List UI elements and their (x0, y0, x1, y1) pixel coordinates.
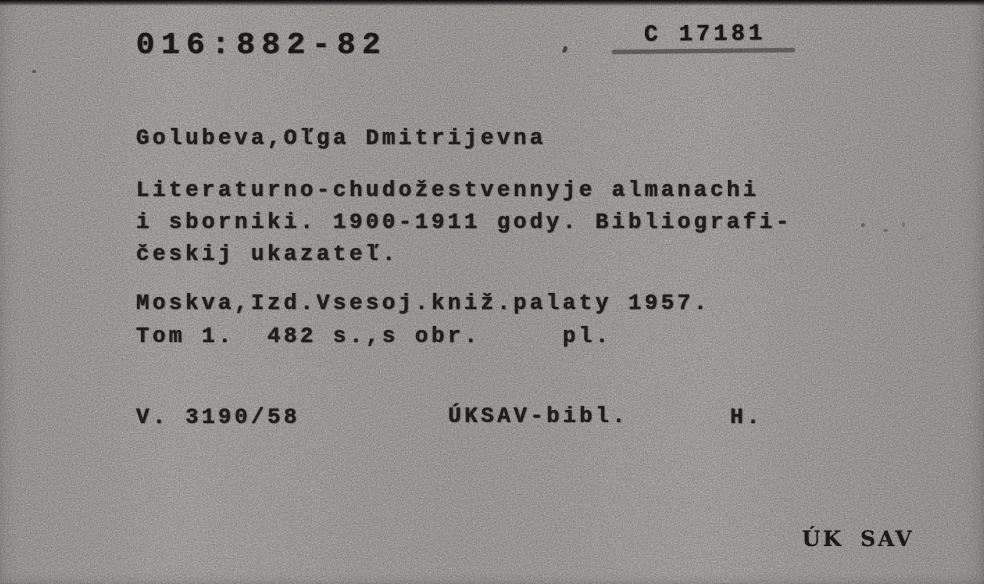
ink-speck (562, 46, 568, 54)
annotation-letter: H. (730, 405, 763, 430)
title-line: Literaturno-chudožestvennyje almanachi (136, 178, 759, 203)
author-line: Golubeva,Oľga Dmitrijevna (136, 126, 546, 151)
imprint-line: Moskva,Izd.Vsesoj.kniž.palaty 1957. (136, 291, 710, 316)
title-line: českij ukazateľ. (136, 242, 398, 267)
ink-speck (861, 223, 865, 227)
scan-top-edge (0, 0, 984, 6)
catalog-card: 016:882-82 C 17181 Golubeva,Oľga Dmitrij… (0, 0, 984, 584)
library-stamp: ÚK SAV (802, 526, 914, 551)
ink-speck (902, 222, 905, 227)
library-mark: ÚKSAV-bibl. (448, 404, 628, 429)
imprint-line: Tom 1. 482 s.,s obr. pl. (136, 324, 612, 349)
title-line: i sborniki. 1900-1911 gody. Bibliografi- (136, 210, 792, 235)
classification-number: 016:882-82 (136, 28, 387, 63)
accession-number: V. 3190/58 (136, 405, 300, 430)
ink-speck (918, 238, 921, 240)
ink-speck (883, 229, 888, 232)
signature-underline (612, 48, 795, 54)
ink-speck (32, 70, 36, 73)
shelf-signature: C 17181 (644, 20, 766, 47)
